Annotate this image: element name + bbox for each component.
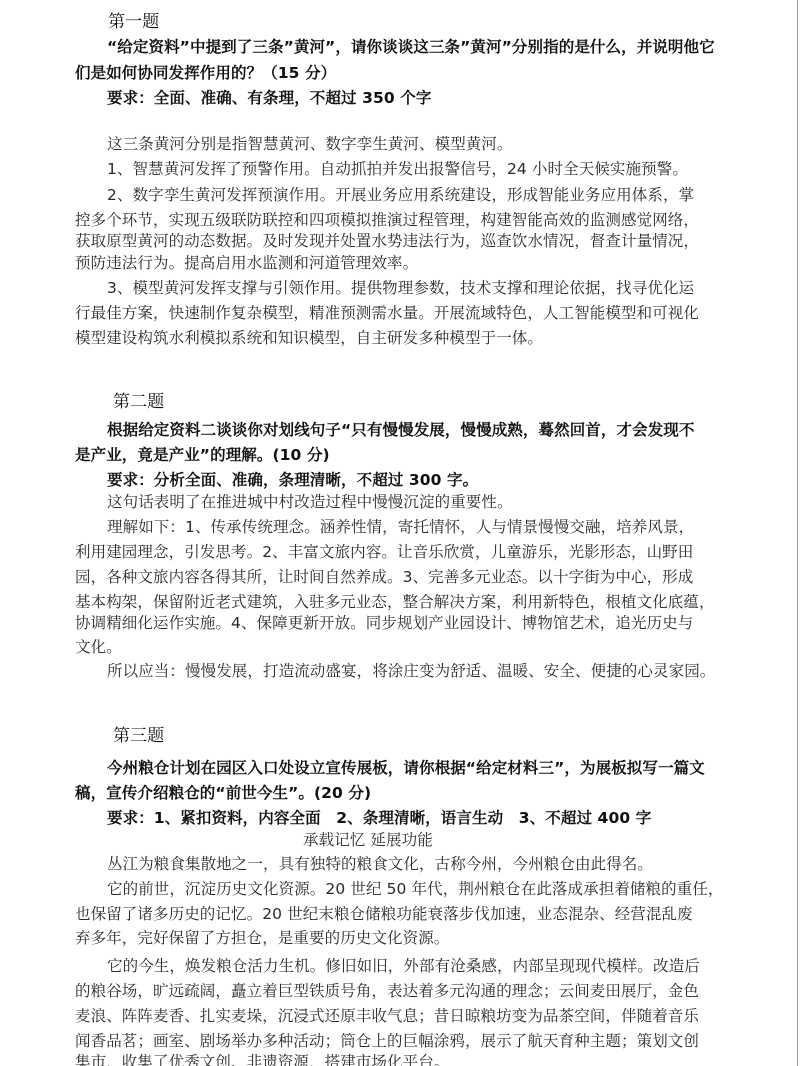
answer-line: 的粮谷场，旷远疏阔，矗立着巨型铁质号角，表达着多元沟通的理念；云间麦田展厅，金色 <box>75 979 725 1003</box>
question-1-title: 第一题 <box>108 10 758 34</box>
question-2-prompt-line: 根据给定资料二谈谈你对划线句子“只有慢慢发展，慢慢成熟，蓦然回首，才会发现不 <box>107 418 725 442</box>
question-1-requirement: 要求：全面、准确、有条理，不超过 350 个字 <box>107 86 725 110</box>
question-2-requirement: 要求：分析全面、准确，条理清晰，不超过 300 字。 <box>107 468 725 492</box>
answer-line: 也保留了诸多历史的记忆。20 世纪末粮仓储粮功能衰落步伐加速，业态混杂、经营混乱… <box>75 902 725 926</box>
question-1-prompt-line: “给定资料”中提到了三条”黄河”，请你谈谈这三条”黄河”分别指的是什么，并说明他… <box>107 35 725 59</box>
question-1-prompt-line: 们是如何协同发挥作用的？（15 分） <box>75 61 725 85</box>
answer-line: 模型建设构筑水利模拟系统和知识模型，自主研发多种模型于一体。 <box>75 326 725 350</box>
answer-line: 这三条黄河分别是指智慧黄河、数字孪生黄河、模型黄河。 <box>107 132 725 156</box>
answer-line: 2、数字孪生黄河发挥预演作用。开展业务应用系统建设，形成智能业务应用体系，掌 <box>107 183 725 207</box>
answer-line: 麦浪、阵阵麦香、扎实麦垛，沉浸式还原丰收气息；昔日晾粮坊变为品茶空间，伴随着音乐 <box>75 1004 725 1028</box>
question-3-requirement: 要求：1、紧扣资料，内容全面 2、条理清晰，语言生动 3、不超过 400 字 <box>107 806 725 830</box>
answer-line: 丛江为粮食集散地之一，具有独特的粮食文化，古称今州，今州粮仓由此得名。 <box>107 852 725 876</box>
question-3-prompt-line: 稿，宣传介绍粮仓的“前世今生”。(20 分) <box>75 781 725 805</box>
answer-line: 文化。 <box>75 635 725 659</box>
answer-line: 它的前世，沉淀历史文化资源。20 世纪 50 年代，荆州粮仓在此落成承担着储粮的… <box>107 877 725 901</box>
answer-line: 所以应当：慢慢发展，打造流动盛宴，将涂庄变为舒适、温暖、安全、便捷的心灵家园。 <box>107 659 725 683</box>
answer-line: 行最佳方案，快速制作复杂模型，精准预测需水量。开展流域特色，人工智能模型和可视化 <box>75 301 725 325</box>
essay-title: 承载记忆 延展功能 <box>303 828 800 852</box>
answer-line: 它的今生，焕发粮仓活力生机。修旧如旧，外部有沧桑感，内部呈现现代模样。改造后 <box>107 954 725 978</box>
question-2-prompt-line: 是产业，竟是产业”的理解。(10 分) <box>75 443 725 467</box>
answer-line: 1、智慧黄河发挥了预警作用。自动抓拍并发出报警信号，24 小时全天候实施预警。 <box>107 157 725 181</box>
answer-line: 3、模型黄河发挥支撑与引领作用。提供物理参数，技术支撑和理论依据，找寻优化运 <box>107 276 725 300</box>
page-edge-line <box>797 0 798 1066</box>
answer-line: 预防违法行为。提高启用水监测和河道管理效率。 <box>75 251 725 275</box>
question-2-title: 第二题 <box>113 390 763 414</box>
answer-line: 弃多年，完好保留了方担仓，是重要的历史文化资源。 <box>75 926 725 950</box>
answer-line: 集市，收集了优秀文创、非遗资源，搭建市场化平台。 <box>75 1050 725 1066</box>
answer-line: 获取原型黄河的动态数据。及时发现并处置水势违法行为，巡查饮水情况，督查计量情况， <box>75 229 725 253</box>
answer-line: 这句话表明了在推进城中村改造过程中慢慢沉淀的重要性。 <box>107 490 725 514</box>
question-3-title: 第三题 <box>113 724 763 748</box>
answer-line: 理解如下：1、传承传统理念。涵养性情，寄托情怀，人与情景慢慢交融，培养风景， <box>107 515 725 539</box>
answer-line: 协调精细化运作实施。4、保障更新开放。同步规划产业园设计、博物馆艺术，追光历史与 <box>75 611 725 635</box>
answer-line: 园，各种文旅内容各得其所，让时间自然养成。3、完善多元业态。以十字街为中心，形成 <box>75 565 725 589</box>
answer-line: 利用建园理念，引发思考。2、丰富文旅内容。让音乐欣赏，儿童游乐，光影形态，山野田 <box>75 540 725 564</box>
question-3-prompt-line: 今州粮仓计划在园区入口处设立宣传展板，请你根据“给定材料三”，为展板拟写一篇文 <box>107 756 725 780</box>
